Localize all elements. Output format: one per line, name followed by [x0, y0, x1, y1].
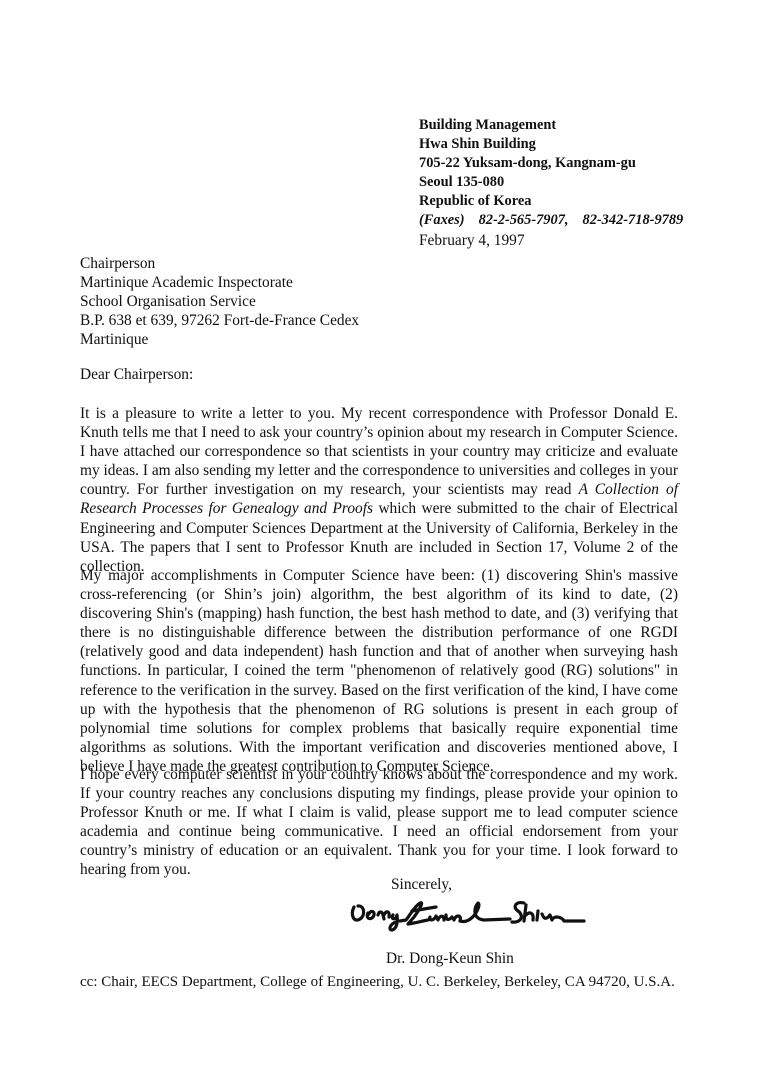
recipient-line: Martinique Academic Inspectorate	[80, 273, 359, 292]
recipient-line: B.P. 638 et 639, 97262 Fort-de-France Ce…	[80, 311, 359, 330]
fax-number: 82-2-565-7907,	[479, 212, 569, 228]
sender-line: 705-22 Yuksam-dong, Kangnam-gu	[419, 154, 683, 173]
letter-date: February 4, 1997	[419, 231, 525, 250]
recipient-address-block: Chairperson Martinique Academic Inspecto…	[80, 254, 359, 349]
sender-line: Building Management	[419, 116, 683, 135]
body-paragraph-1: It is a pleasure to write a letter to yo…	[80, 404, 678, 576]
fax-label: (Faxes)	[419, 212, 465, 228]
sender-line: Seoul 135-080	[419, 173, 683, 192]
recipient-line: School Organisation Service	[80, 292, 359, 311]
fax-number: 82-342-718-9789	[583, 212, 684, 228]
handwritten-signature	[348, 893, 588, 933]
fax-line: (Faxes)82-2-565-7907,82-342-718-9789	[419, 211, 683, 230]
salutation: Dear Chairperson:	[80, 365, 193, 384]
body-paragraph-2: My major accomplishments in Computer Sci…	[80, 566, 678, 776]
signer-name: Dr. Dong-Keun Shin	[386, 949, 514, 968]
closing: Sincerely,	[391, 875, 452, 894]
sender-line: Hwa Shin Building	[419, 135, 683, 154]
recipient-line: Martinique	[80, 330, 359, 349]
body-paragraph-3: I hope every computer scientist in your …	[80, 765, 678, 880]
recipient-line: Chairperson	[80, 254, 359, 273]
cc-line: cc: Chair, EECS Department, College of E…	[80, 973, 675, 992]
sender-line: Republic of Korea	[419, 192, 683, 211]
sender-address-block: Building Management Hwa Shin Building 70…	[419, 116, 683, 230]
